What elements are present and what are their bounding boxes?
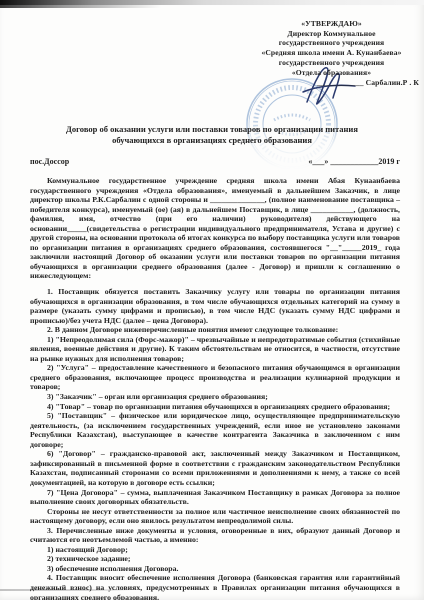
scan-edge-top-left: [0, 5, 161, 8]
approval-line: Директор Коммунальное: [244, 29, 419, 39]
definition-3-customer: 3) "Заказчик" – орган или организация ср…: [30, 392, 400, 402]
clause-3: 3. Перечисленные ниже документы и услови…: [30, 526, 400, 545]
approval-line: государственного учреждения: [244, 58, 419, 68]
signature-line: ____________ Сарбалин.Р . К: [244, 78, 419, 88]
clause-3-item-1: 1) настоящий Договор;: [30, 545, 400, 555]
definition-7-contract-price: 7) "Цена Договора" – сумма, выплаченная …: [30, 488, 400, 507]
definition-4-goods: 4) "Товар" – товар по организации питани…: [30, 402, 400, 412]
preamble-paragraph: Коммунальное государственное учреждение …: [30, 176, 400, 281]
signature-blank: ____________: [317, 78, 364, 87]
clause-3-item-3: 3) обеспечение исполнения Договора.: [30, 564, 400, 574]
clause-4: 4. Поставщик вносит обеспечение исполнен…: [30, 573, 400, 600]
scanned-contract-page: «УТВЕРЖДАЮ» Директор Коммунальное госуда…: [0, 0, 424, 600]
definition-5-supplier: 5) "Поставщик" – физическое или юридичес…: [30, 411, 400, 449]
document-title: Договор об оказании услуги или поставки …: [44, 124, 380, 145]
approval-block: «УТВЕРЖДАЮ» Директор Коммунальное госуда…: [244, 19, 419, 88]
clause-3-item-2: 2) техническое задание;: [30, 554, 400, 564]
approval-line: «УТВЕРЖДАЮ»: [244, 19, 419, 29]
place-label: пос.Доссор: [30, 157, 69, 166]
definition-2-service: 2) "Услуга" – предоставление качественно…: [30, 363, 400, 392]
approval-line: государственного учреждения: [244, 38, 419, 48]
definition-6-contract: 6) "Договор" – гражданско-правовой акт, …: [30, 449, 400, 487]
document-title-wrap: Договор об оказании услуги или поставки …: [0, 124, 424, 148]
contract-body: Коммунальное государственное учреждение …: [30, 176, 400, 600]
approval-line: «Отдела образования»: [244, 68, 419, 78]
clause-2: 2. В данном Договоре нижеперечисленные п…: [30, 325, 400, 335]
definition-1-force-majeure: 1) "Непреодолимая сила (Форс-мажор)" – ч…: [30, 335, 400, 364]
approval-line: «Средняя школа имени А. Кунанбаева»: [244, 48, 419, 58]
liability-paragraph: Стороны не несут ответственности за полн…: [30, 507, 400, 526]
place-date-row: пос.Доссор «___» ____________2019 г: [30, 157, 400, 166]
date-blank-line: «___» ____________2019 г: [308, 157, 400, 166]
signatory-name: Сарбалин.Р . К: [366, 78, 419, 87]
clause-1: 1. Поставщик обязуется поставить Заказчи…: [30, 287, 400, 325]
